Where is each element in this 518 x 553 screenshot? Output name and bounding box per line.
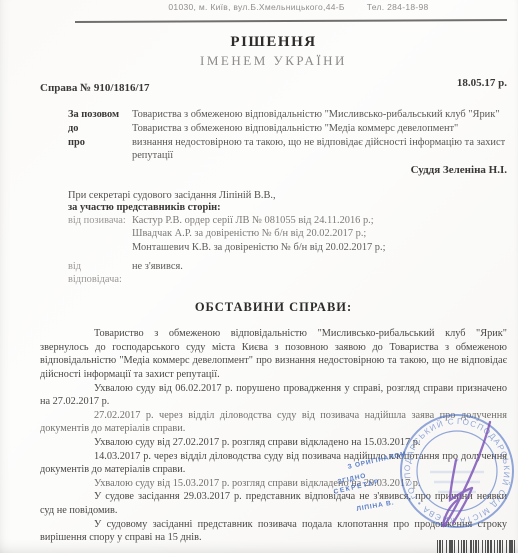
secretary-line: При секретарі судового засідання Ліпіній… (68, 190, 507, 201)
party-value-plaintiff: Товариства з обмеженою відповідальністю … (132, 108, 507, 122)
judge-name: Суддя Зеленіна Н.І. (40, 164, 507, 176)
party-value-defendant: Товариства з обмеженою відповідальністю … (132, 122, 507, 136)
party-label-subject: про (68, 136, 132, 164)
court-decision-page: 01030, м. Київ, вул.Б.Хмельницького,44-Б… (0, 0, 518, 553)
case-number: Справа № 910/1816/17 (40, 82, 150, 94)
party-value-subject: визнання недостовірною та такою, що не в… (132, 136, 507, 164)
defendant-rep-value: не з'явився. (132, 260, 507, 286)
party-label-defendant: до (68, 122, 132, 136)
party-label-plaintiff: За позовом (68, 108, 132, 122)
paragraph: Товариство з обмеженою відповідальністю … (40, 327, 507, 381)
paragraph: У судове засідання 29.03.2017 р. предста… (40, 490, 507, 517)
plaintiff-reps-list: Кастур Р.В. ордер серії ЛВ № 081055 від … (132, 214, 507, 254)
participants-heading: за участю представників сторін: (68, 202, 507, 213)
document-title: РІШЕННЯ (40, 34, 507, 51)
paragraph: 14.03.2017 р. через відділ діловодства с… (40, 450, 507, 477)
phone-text: Тел. 284-18-98 (367, 2, 429, 12)
address-text: 01030, м. Київ, вул.Б.Хмельницького,44-Б (168, 2, 344, 12)
decision-date: 18.05.17 р. (457, 77, 507, 89)
facts-heading: ОБСТАВИНИ СПРАВИ: (40, 300, 507, 315)
facts-text: Товариство з обмеженою відповідальністю … (40, 327, 507, 545)
document-subtitle: ІМЕНЕМ УКРАЇНИ (40, 53, 507, 69)
letterhead-address: 01030, м. Київ, вул.Б.Хмельницького,44-Б… (40, 2, 507, 12)
defendant-rep-label: від відповідача: (68, 260, 132, 286)
header-divider (75, 19, 507, 23)
plaintiff-reps-label: від позивача: (68, 214, 132, 254)
paragraph: 27.02.2017 р. через відділ діловодства с… (40, 409, 507, 436)
rep-line: Кастур Р.В. ордер серії ЛВ № 081055 від … (132, 214, 507, 227)
rep-line: Монташевич К.В. за довіреністю № б/н від… (132, 241, 507, 254)
representatives-block: від позивача: Кастур Р.В. ордер серії ЛВ… (68, 214, 507, 286)
paragraph: Ухвалою суду від 06.02.2017 р. порушено … (40, 382, 507, 409)
barcode (437, 540, 516, 553)
case-row: Справа № 910/1816/17 18.05.17 р. (40, 82, 507, 94)
parties-block: За позовом Товариства з обмеженою відпов… (68, 108, 507, 163)
paragraph: Ухвалою суду від 15.03.2017 р. розгляд с… (40, 477, 507, 491)
paragraph: Ухвалою суду від 27.02.2017 р. розгляд с… (40, 436, 507, 450)
rep-line: Швадчак А.Р. за довіреністю № б/н від 20… (132, 227, 507, 240)
